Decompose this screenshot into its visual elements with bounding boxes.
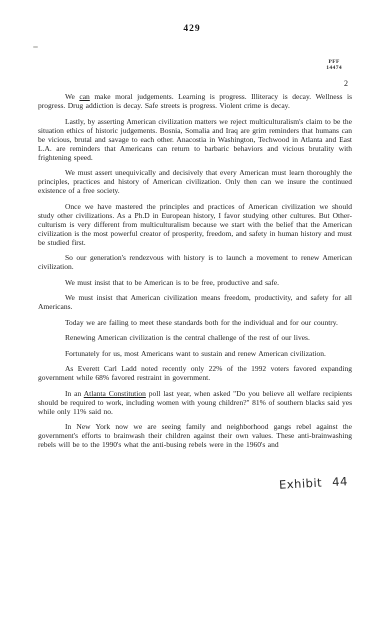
underlined-publication: Atlanta Constitution — [84, 389, 146, 398]
paragraph-everett-ladd: As Everett Carl Ladd noted recently only… — [38, 364, 352, 382]
paragraph-central-challenge: Renewing American civilization is the ce… — [38, 333, 352, 342]
paragraph-new-york-gangs: In New York now we are seeing family and… — [38, 422, 352, 449]
exhibit-label: Exhibit 44 — [279, 474, 348, 492]
paragraph-insist-freedom: We must insist that American civilizatio… — [38, 293, 352, 311]
paragraph-failing-standards: Today we are failing to meet these stand… — [38, 318, 352, 327]
paragraph-insist-free: We must insist that to be American is to… — [38, 278, 352, 287]
document-page: 429 PFF 14474 2 We can make moral judgem… — [0, 0, 384, 640]
paragraph-atlanta-poll: In an Atlanta Constitution poll last yea… — [38, 389, 352, 416]
bates-stamp-line2: 14474 — [326, 65, 342, 71]
paragraph-fortunately: Fortunately for us, most Americans want … — [38, 349, 352, 358]
scan-artifact-mark — [33, 46, 38, 48]
underlined-word: can — [79, 92, 89, 101]
paragraph-lastly-multiculturalism: Lastly, by asserting American civilizati… — [38, 117, 352, 162]
paragraph-rendezvous: So our generation's rendezvous with hist… — [38, 253, 352, 271]
paragraph-text: We — [65, 92, 79, 101]
sheet-number: 2 — [344, 79, 348, 88]
paragraph-once-mastered: Once we have mastered the principles and… — [38, 202, 352, 247]
page-number-top: 429 — [0, 24, 384, 34]
paragraph-text: In an — [65, 389, 84, 398]
paragraph-must-assert: We must assert unequivically and decisiv… — [38, 168, 352, 195]
bates-stamp: PFF 14474 — [326, 59, 342, 71]
paragraph-moral-judgements: We can make moral judgements. Learning i… — [38, 92, 352, 110]
document-body: We can make moral judgements. Learning i… — [38, 92, 352, 456]
